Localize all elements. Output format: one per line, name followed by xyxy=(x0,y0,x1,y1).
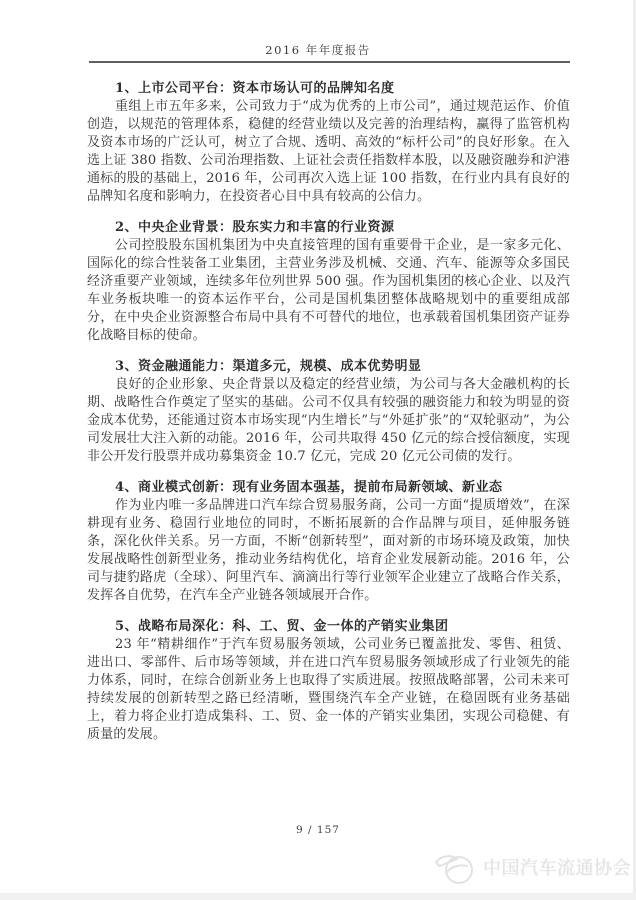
cada-logo-icon xyxy=(433,852,475,886)
section-heading: 3、资金融通能力：渠道多元，规模、成本优势明显 xyxy=(87,358,570,376)
watermark-label: 中国汽车流通协会 xyxy=(483,852,631,886)
report-body: 1、上市公司平台：资本市场认可的品牌知名度 重组上市五年多来，公司致力于“成为优… xyxy=(87,80,570,757)
header-divider xyxy=(89,61,570,63)
section-strategic-layout: 5、战略布局深化：科、工、贸、金一体的产销实业集团 23 年“精耕细作”于汽车贸… xyxy=(87,618,570,744)
watermark: 中国汽车流通协会 xyxy=(433,852,631,886)
section-heading: 5、战略布局深化：科、工、贸、金一体的产销实业集团 xyxy=(87,618,570,636)
section-heading: 1、上市公司平台：资本市场认可的品牌知名度 xyxy=(87,80,570,98)
section-paragraph: 重组上市五年多来，公司致力于“成为优秀的上市公司”，通过规范运作、价值创造，以规… xyxy=(87,98,570,206)
section-financing-capability: 3、资金融通能力：渠道多元，规模、成本优势明显 良好的企业形象、央企背景以及稳定… xyxy=(87,358,570,466)
page-header-title: 2016 年年度报告 xyxy=(0,42,636,58)
section-paragraph: 23 年“精耕细作”于汽车贸易服务领域，公司业务已覆盖批发、零售、租赁、进出口、… xyxy=(87,636,570,744)
report-page: 2016 年年度报告 1、上市公司平台：资本市场认可的品牌知名度 重组上市五年多… xyxy=(0,0,636,900)
page-edge-bottom xyxy=(0,893,636,900)
section-heading: 2、中央企业背景：股东实力和丰富的行业资源 xyxy=(87,219,570,237)
section-paragraph: 良好的企业形象、央企背景以及稳定的经营业绩，为公司与各大金融机构的长期、战略性合… xyxy=(87,376,570,466)
section-business-model-innovation: 4、商业模式创新：现有业务固本强基，提前布局新领域、新业态 作为业内唯一多品牌进… xyxy=(87,479,570,605)
section-listed-company-platform: 1、上市公司平台：资本市场认可的品牌知名度 重组上市五年多来，公司致力于“成为优… xyxy=(87,80,570,206)
section-paragraph: 作为业内唯一多品牌进口汽车综合贸易服务商，公司一方面“提质增效”，在深耕现有业务… xyxy=(87,497,570,605)
section-heading: 4、商业模式创新：现有业务固本强基，提前布局新领域、新业态 xyxy=(87,479,570,497)
section-paragraph: 公司控股股东国机集团为中央直接管理的国有重要骨干企业，是一家多元化、国际化的综合… xyxy=(87,237,570,345)
page-number: 9 / 157 xyxy=(0,824,636,836)
section-central-enterprise-background: 2、中央企业背景：股东实力和丰富的行业资源 公司控股股东国机集团为中央直接管理的… xyxy=(87,219,570,345)
